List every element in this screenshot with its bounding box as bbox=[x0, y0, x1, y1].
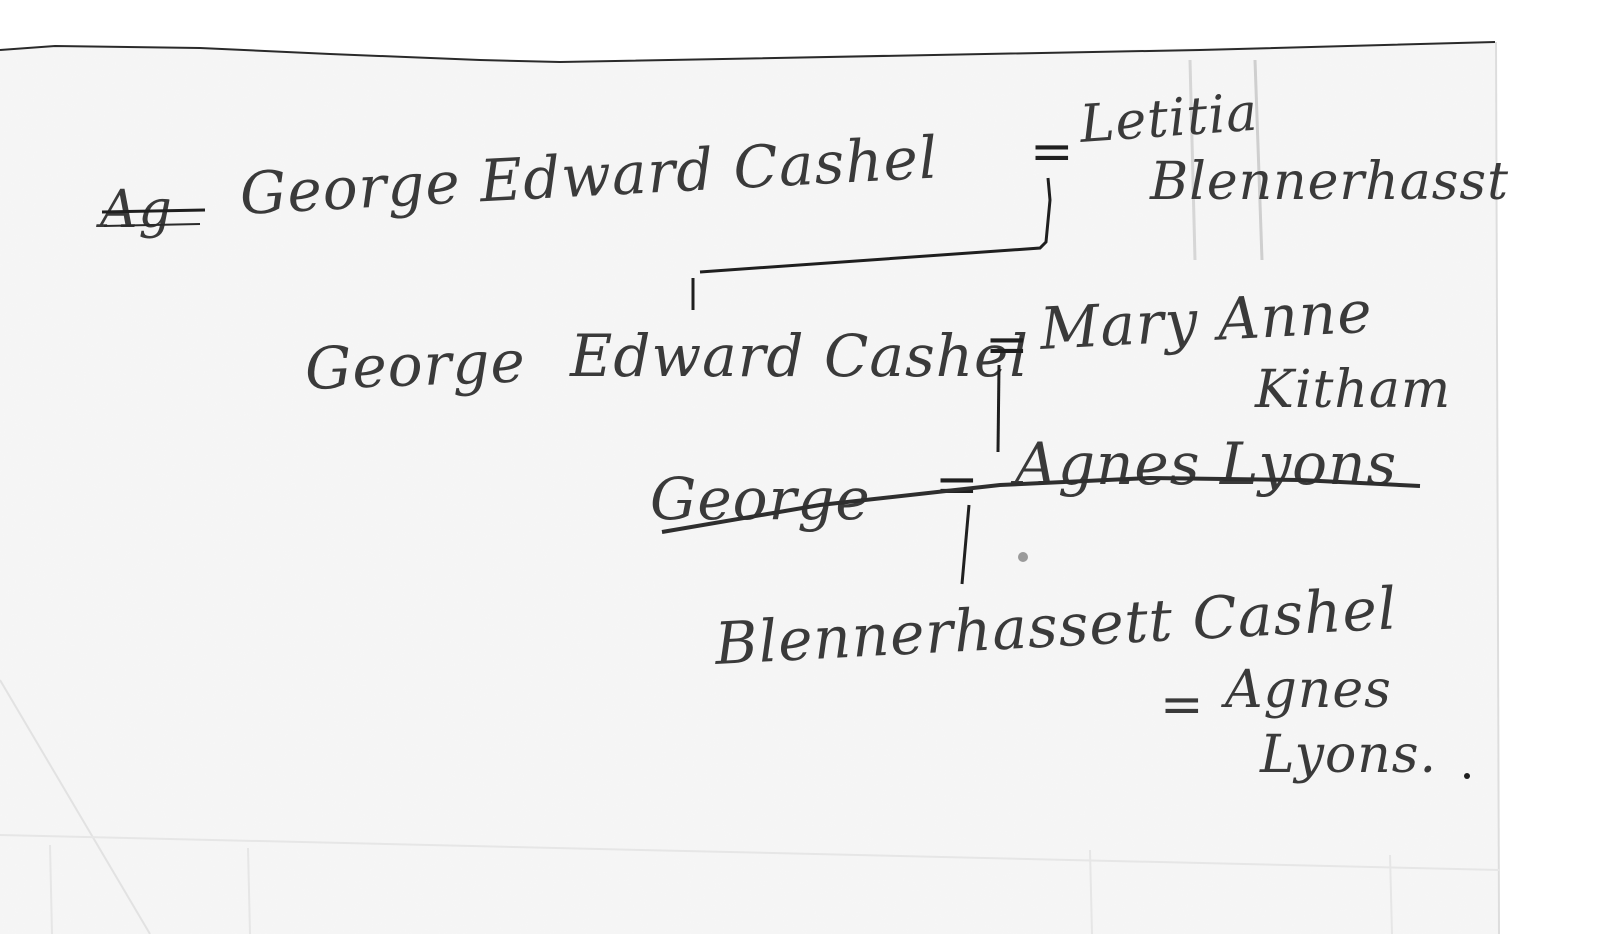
family-tree-connectors bbox=[0, 0, 1610, 934]
gen1-descent-line bbox=[700, 178, 1050, 272]
strike-line-prefix bbox=[102, 210, 205, 212]
scanned-note: ​ Ag George Edward Cashel = Letitia Blen… bbox=[0, 0, 1610, 934]
gen2-descent-line bbox=[998, 365, 999, 452]
strike-line-gen3 bbox=[662, 478, 1420, 532]
gen3-descent-line bbox=[962, 505, 969, 584]
